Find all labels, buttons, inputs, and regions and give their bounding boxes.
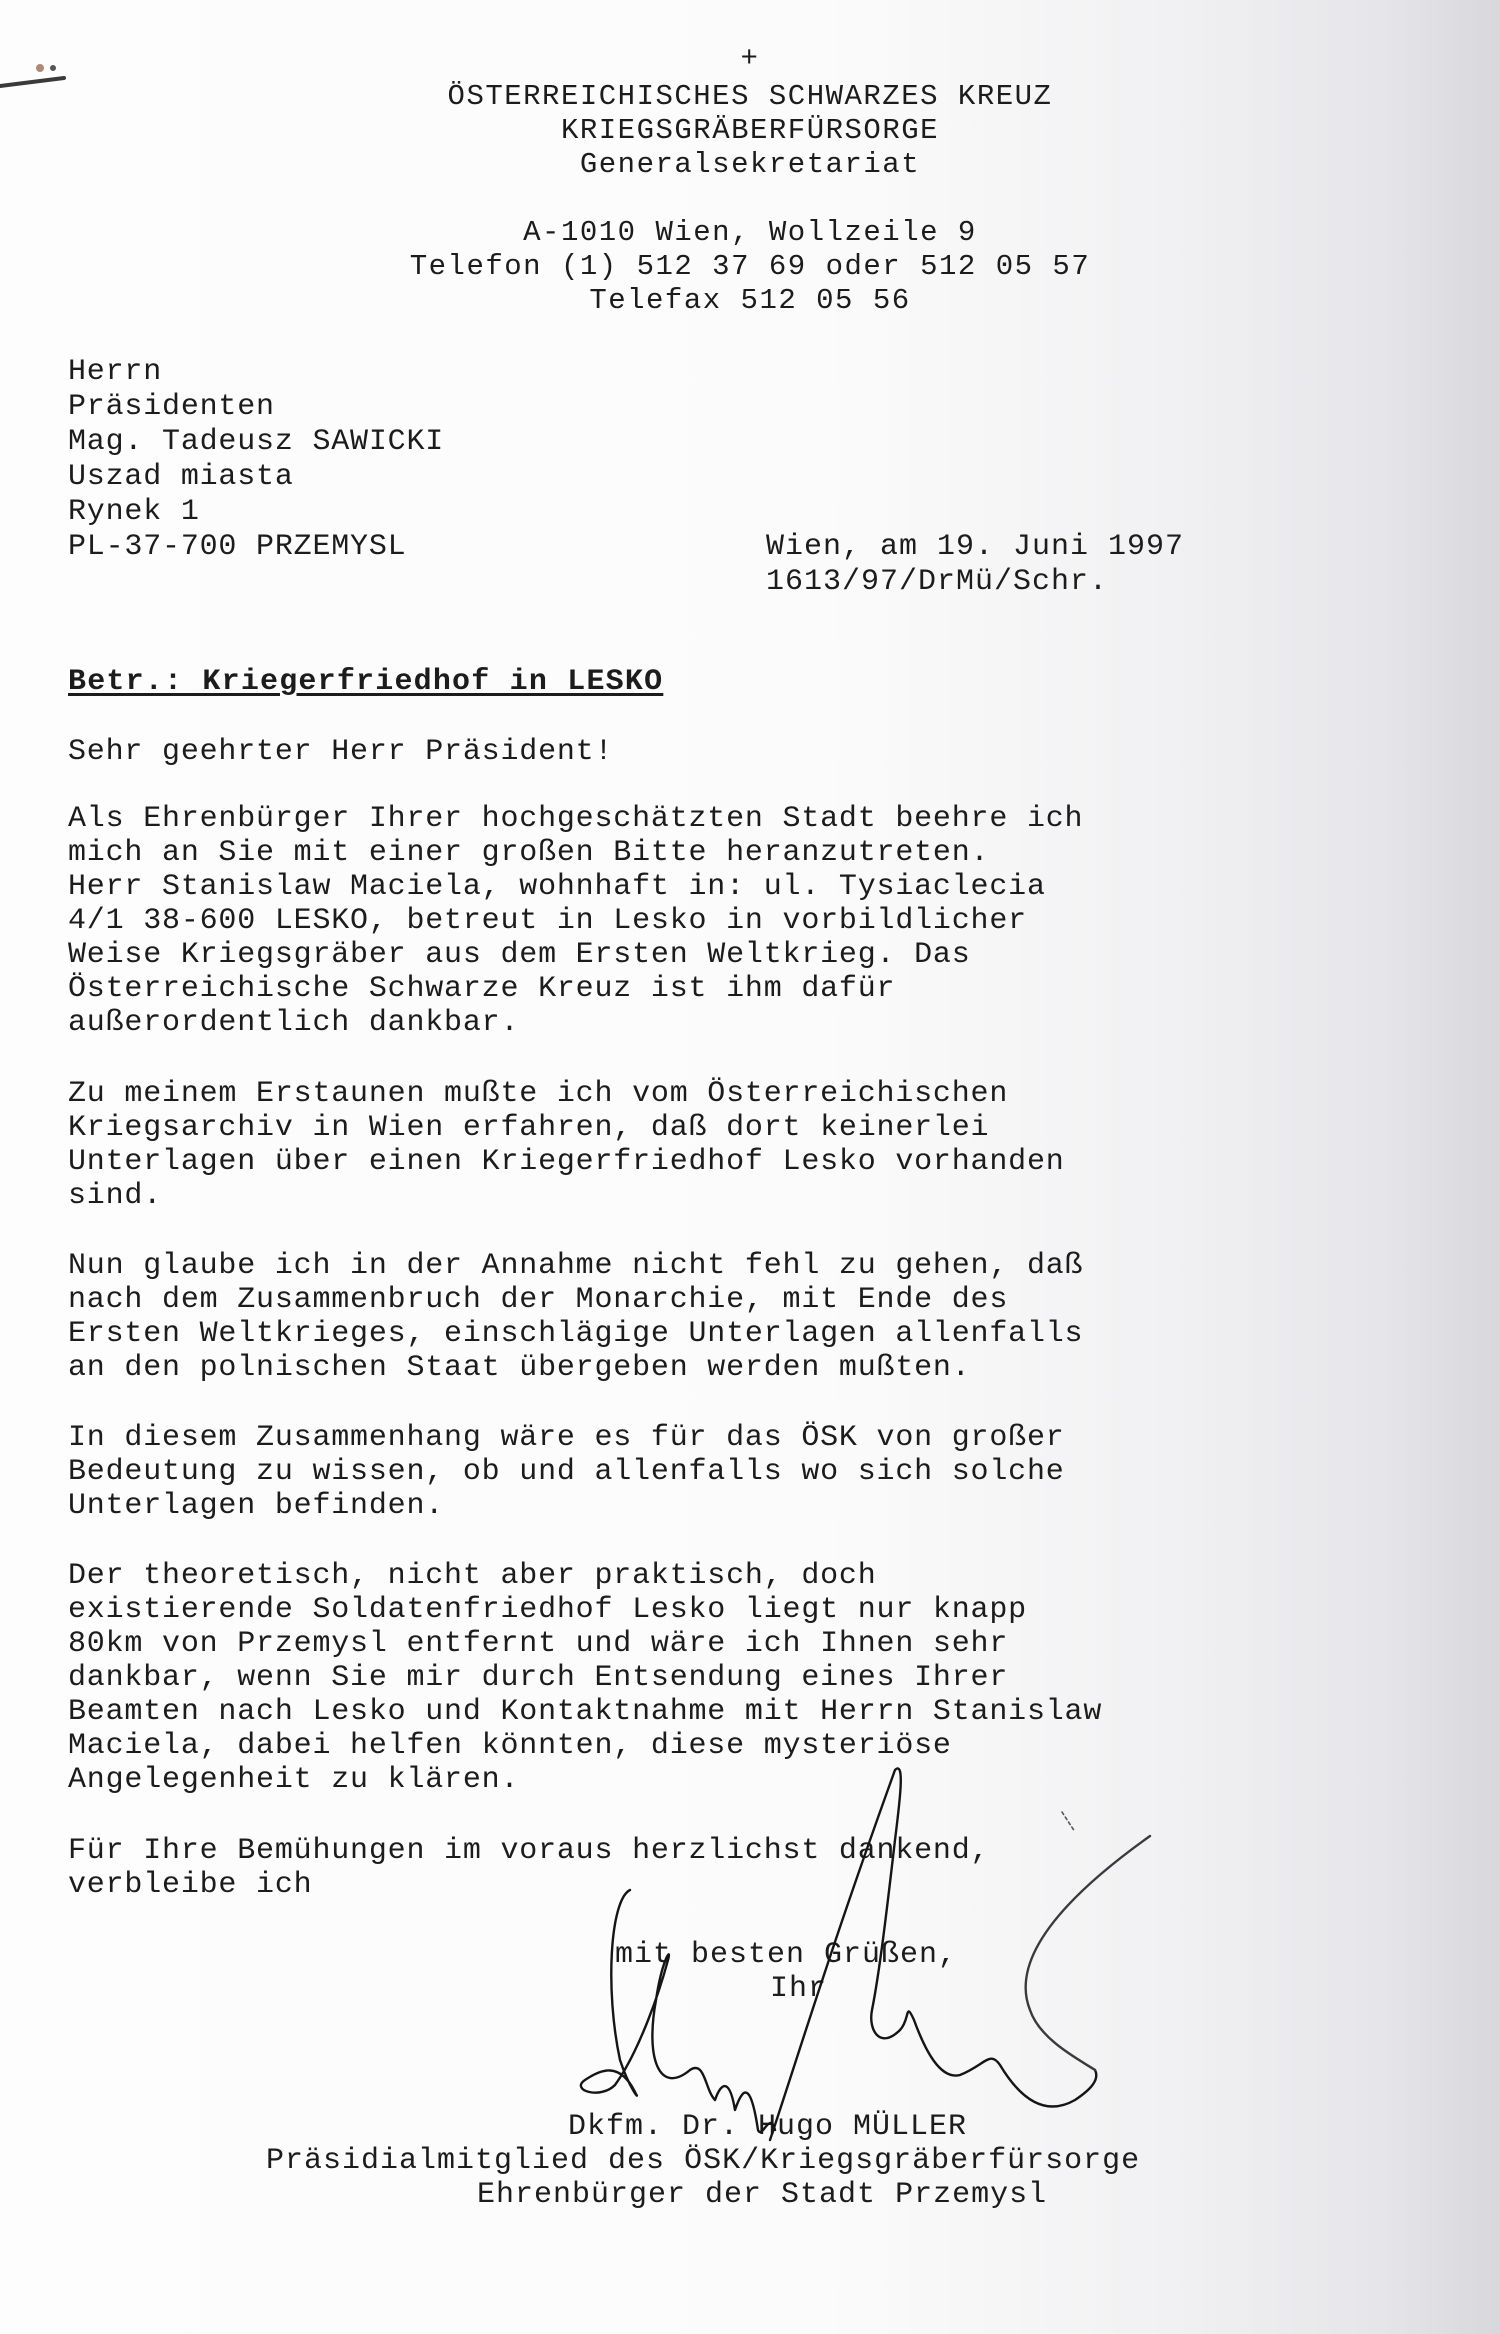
recipient-line: Herrn	[68, 355, 162, 389]
fax-number: Telefax 512 05 56	[0, 284, 1500, 318]
paragraph-line: verbleibe ich	[68, 1868, 312, 1902]
subject-line: Betr.: Kriegerfriedhof in LESKO	[68, 665, 663, 699]
recipient-line: PL-37-700 PRZEMYSL	[68, 530, 406, 564]
letter-page: + ÖSTERREICHISCHES SCHWARZES KREUZ KRIEG…	[0, 0, 1500, 2334]
letter-date: Wien, am 19. Juni 1997	[766, 530, 1184, 564]
paragraph-line: existierende Soldatenfriedhof Lesko lieg…	[68, 1593, 1027, 1627]
recipient-line: Rynek 1	[68, 495, 200, 529]
paragraph-line: sind.	[68, 1179, 162, 1213]
paragraph-line: Angelegenheit zu klären.	[68, 1763, 519, 1797]
paragraph-line: Herr Stanislaw Maciela, wohnhaft in: ul.…	[68, 870, 1046, 904]
paragraph-line: Unterlagen befinden.	[68, 1489, 444, 1523]
organization-name: ÖSTERREICHISCHES SCHWARZES KREUZ	[0, 80, 1500, 114]
signatory-title: Präsidialmitglied des ÖSK/Kriegsgräberfü…	[266, 2144, 1140, 2178]
paragraph-line: 4/1 38-600 LESKO, betreut in Lesko in vo…	[68, 904, 1027, 938]
paragraph-line: Beamten nach Lesko und Kontaktnahme mit …	[68, 1695, 1102, 1729]
recipient-line: Uszad miasta	[68, 460, 294, 494]
cross-icon: +	[0, 42, 1500, 76]
paragraph-line: dankbar, wenn Sie mir durch Entsendung e…	[68, 1661, 1008, 1695]
signatory-honor: Ehrenbürger der Stadt Przemysl	[477, 2178, 1047, 2212]
paragraph-line: Unterlagen über einen Kriegerfriedhof Le…	[68, 1145, 1065, 1179]
paragraph-line: außerordentlich dankbar.	[68, 1006, 519, 1040]
paragraph-line: Maciela, dabei helfen könnten, diese mys…	[68, 1729, 952, 1763]
paragraph-line: Für Ihre Bemühungen im voraus herzlichst…	[68, 1834, 989, 1868]
paragraph-line: Nun glaube ich in der Annahme nicht fehl…	[68, 1249, 1083, 1283]
paragraph-line: Ersten Weltkrieges, einschlägige Unterla…	[68, 1317, 1083, 1351]
recipient-line: Mag. Tadeusz SAWICKI	[68, 425, 444, 459]
paragraph-line: nach dem Zusammenbruch der Monarchie, mi…	[68, 1283, 1008, 1317]
division-name: KRIEGSGRÄBERFÜRSORGE	[0, 114, 1500, 148]
salutation: Sehr geehrter Herr Präsident!	[68, 735, 613, 769]
phone-numbers: Telefon (1) 512 37 69 oder 512 05 57	[0, 250, 1500, 284]
signatory-name: Dkfm. Dr. Hugo MÜLLER	[568, 2110, 967, 2144]
paragraph-line: Als Ehrenbürger Ihrer hochgeschätzten St…	[68, 802, 1083, 836]
paragraph-line: an den polnischen Staat übergeben werden…	[68, 1351, 971, 1385]
paragraph-line: 80km von Przemysl entfernt und wäre ich …	[68, 1627, 1008, 1661]
paragraph-line: Zu meinem Erstaunen mußte ich vom Österr…	[68, 1077, 1008, 1111]
paragraph-line: Der theoretisch, nicht aber praktisch, d…	[68, 1559, 877, 1593]
address: A-1010 Wien, Wollzeile 9	[0, 216, 1500, 250]
paragraph-line: In diesem Zusammenhang wäre es für das Ö…	[68, 1421, 1065, 1455]
paragraph-line: Bedeutung zu wissen, ob und allenfalls w…	[68, 1455, 1065, 1489]
closing-greeting: mit besten Grüßen,	[615, 1938, 957, 1972]
closing-pronoun: Ihr	[770, 1972, 827, 2006]
recipient-line: Präsidenten	[68, 390, 275, 424]
paragraph-line: Österreichische Schwarze Kreuz ist ihm d…	[68, 972, 895, 1006]
paragraph-line: Kriegsarchiv in Wien erfahren, daß dort …	[68, 1111, 989, 1145]
reference-number: 1613/97/DrMü/Schr.	[766, 565, 1108, 599]
department-name: Generalsekretariat	[0, 148, 1500, 182]
paragraph-line: mich an Sie mit einer großen Bitte heran…	[68, 836, 989, 870]
paragraph-line: Weise Kriegsgräber aus dem Ersten Weltkr…	[68, 938, 971, 972]
